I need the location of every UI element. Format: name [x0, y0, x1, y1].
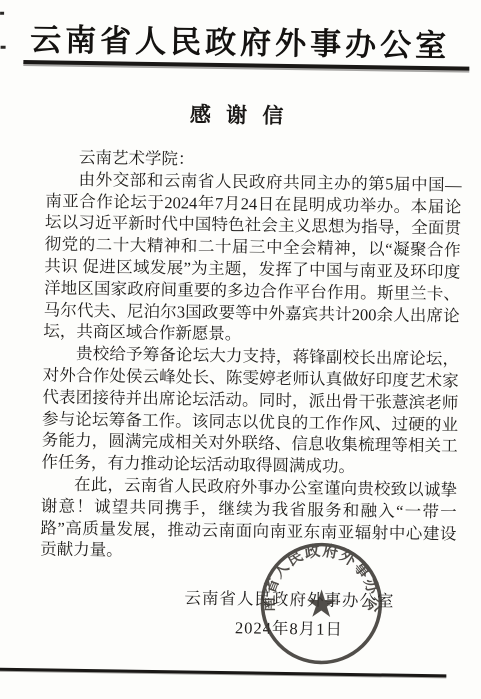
paragraph: 在此，云南省人民政府外事办公室谨向贵校致以诚挚谢意！诚望共同携手，继续为我省服务… — [40, 473, 457, 566]
official-seal: 云南省人民政府外事办公室 ★ — [257, 540, 385, 668]
letter-page: 云南省人民政府外事办公室 感 谢 信 云南艺术学院： 由外交部和云南省人民政府共… — [0, 0, 481, 699]
paragraph: 贵校给予筹备论坛大力支持，蒋锋副校长出席论坛，对外合作处侯云峰处长、陈雯婷老师认… — [41, 343, 459, 480]
letterhead: 云南省人民政府外事办公室 — [0, 14, 481, 66]
star-icon: ★ — [304, 584, 338, 625]
letter-body: 云南艺术学院： 由外交部和云南省人民政府共同主办的第5届中国—南亚合作论坛于20… — [40, 146, 462, 566]
letter-title: 感 谢 信 — [0, 96, 480, 133]
paragraph: 由外交部和云南省人民政府共同主办的第5届中国—南亚合作论坛于2024年7月24日… — [43, 168, 462, 349]
scanned-sheet: 云南省人民政府外事办公室 感 谢 信 云南艺术学院： 由外交部和云南省人民政府共… — [0, 0, 481, 699]
footer-rule — [0, 668, 446, 678]
